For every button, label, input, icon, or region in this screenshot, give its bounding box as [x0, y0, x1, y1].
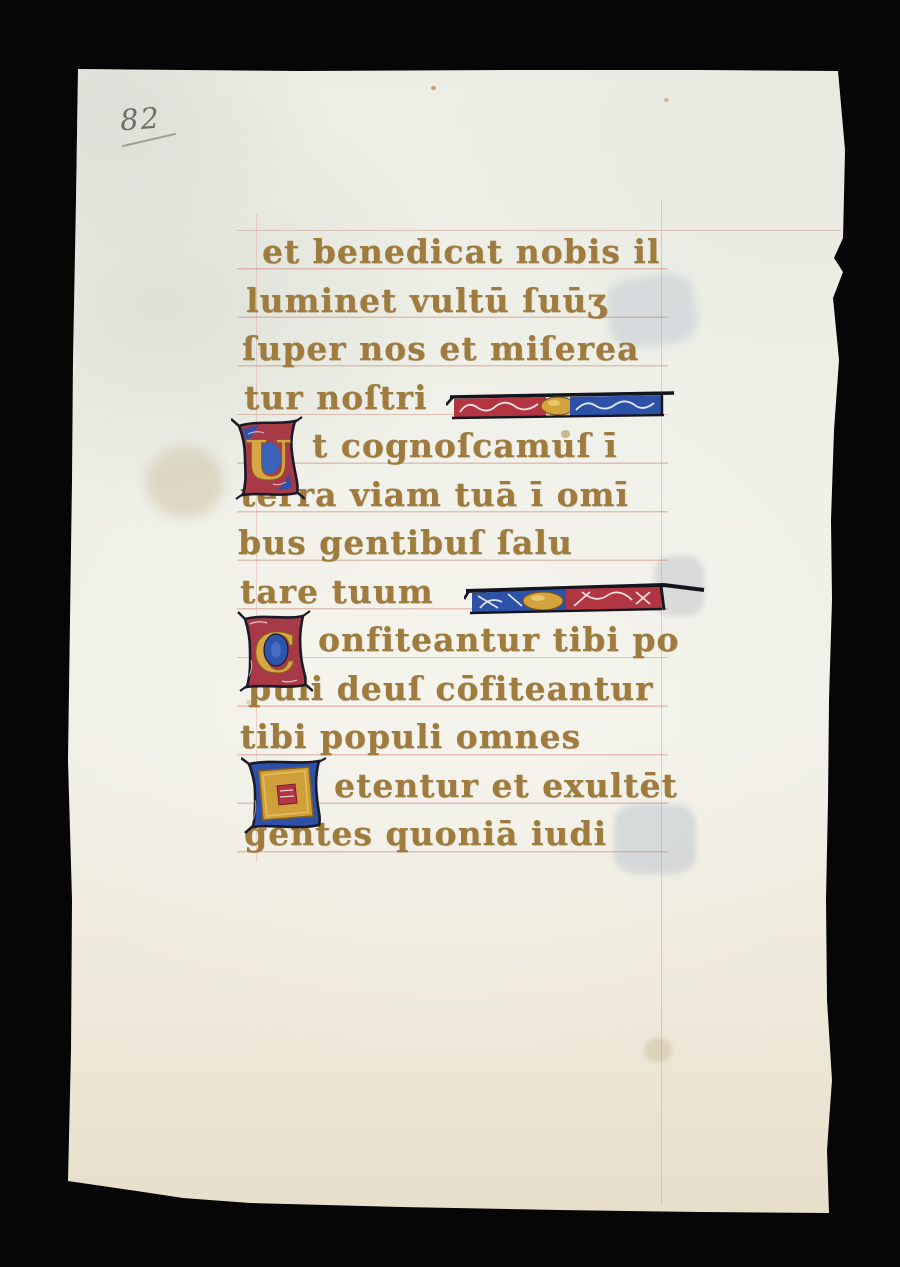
text-line: luminet vultū ſuūʒ — [246, 281, 607, 320]
text-line: bus gentibuſ ſalu — [238, 523, 573, 562]
text-line: tare tuum — [240, 572, 434, 611]
text-line: etentur et exultēt — [334, 766, 678, 805]
tape-smudge — [614, 804, 696, 874]
line-filler-red-gold-blue — [446, 388, 678, 424]
speck — [664, 98, 669, 102]
illuminated-initial-C: C — [237, 610, 313, 692]
folio-number: 82 — [119, 101, 162, 138]
ruling-line-vertical-right — [661, 200, 662, 1204]
illuminated-initial-U: U — [231, 416, 305, 500]
vellum-leaf: 82 et benedicat nobis il luminet vultū ſ… — [0, 0, 900, 1267]
stain-mark — [644, 1038, 672, 1062]
illuminated-initial-L — [241, 756, 327, 834]
initial-letter: U — [244, 428, 291, 492]
text-line: et benedicat nobis il — [262, 232, 660, 271]
line-filler-blue-gold-red — [464, 578, 706, 620]
stain-mark — [146, 446, 224, 518]
text-line: ſuper nos et miſerea — [242, 329, 639, 368]
text-line: tibi populi omnes — [240, 717, 581, 756]
text-line: tur noſtri — [244, 378, 427, 417]
speck — [431, 86, 436, 90]
text-line: t cognoſcamuſ ī — [312, 426, 618, 465]
text-line: onfiteantur tibi po — [318, 620, 679, 659]
